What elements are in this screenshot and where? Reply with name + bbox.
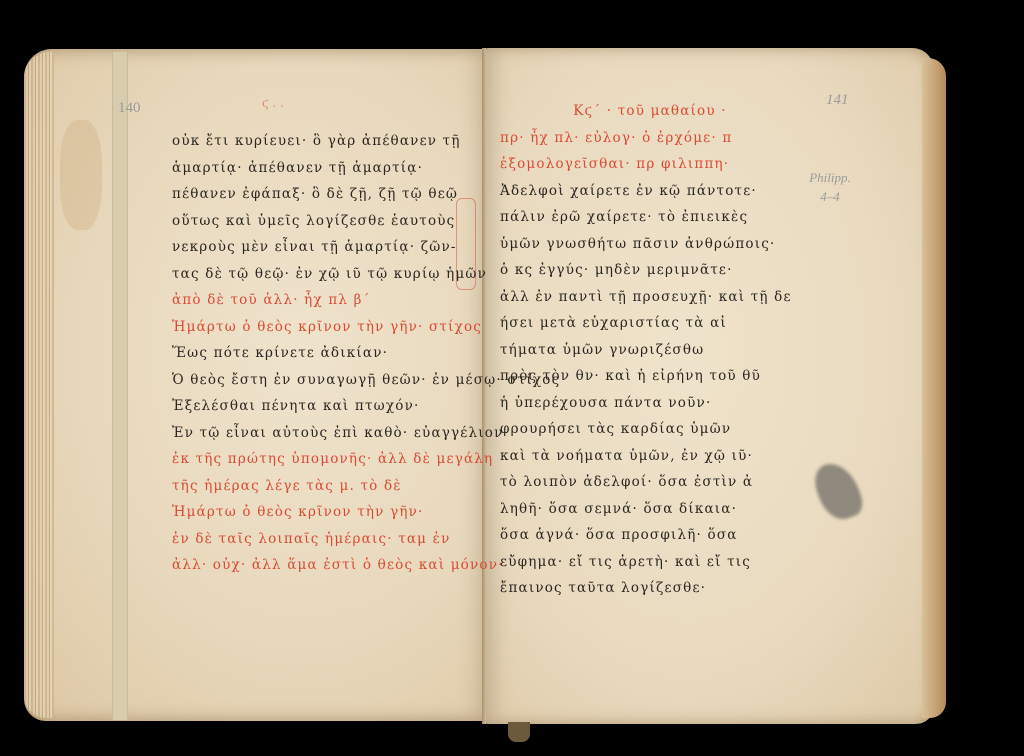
folio-number-right: 141 xyxy=(826,92,849,109)
ref-chapter: 4–4 xyxy=(800,187,860,206)
text-line: ὅσα ἁγνά· ὅσα προσφιλῆ· ὅσα xyxy=(500,522,800,549)
open-manuscript: 140 141 Philipp. 4–4 ϛ . . οὐκ ἔτι κυρίε… xyxy=(0,0,1024,756)
binding-strip xyxy=(112,52,128,720)
pencil-reference-note: Philipp. 4–4 xyxy=(800,168,860,206)
text-line: ληθῆ· ὅσα σεμνά· ὅσα δίκαια· xyxy=(500,496,800,523)
text-line: εὔφημα· εἴ τις ἀρετὴ· καὶ εἴ τις xyxy=(500,549,800,576)
text-line: φρουρήσει τὰς καρδίας ὑμῶν xyxy=(500,416,800,443)
right-page-edges xyxy=(922,58,946,718)
text-line: τὸ λοιπὸν ἀδελφοί· ὅσα ἐστὶν ἀ xyxy=(500,469,800,496)
rubric-line: πρ· ἦχ πλ· εὐλογ· ὁ ἐρχόμε· π xyxy=(500,125,800,152)
text-line: καὶ τὰ νοήματα ὑμῶν, ἐν χῷ ιῦ· xyxy=(500,443,800,470)
text-line: ἡ ὑπερέχουσα πάντα νοῦν· xyxy=(500,390,800,417)
right-page-text: Κϛ΄ · τοῦ μαθαίου · πρ· ἦχ πλ· εὐλογ· ὁ … xyxy=(500,98,800,602)
text-line: ἔπαινος ταῦτα λογίζεσθε· xyxy=(500,575,800,602)
text-line: ήσει μετὰ εὐχαριστίας τὰ αἰ xyxy=(500,310,800,337)
lection-title: Κϛ΄ · τοῦ μαθαίου · xyxy=(500,98,800,125)
text-line: πρὸς τὸν θν· καὶ ἡ εἰρήνη τοῦ θῦ xyxy=(500,363,800,390)
ref-book: Philipp. xyxy=(800,168,860,187)
bookmark-ribbon xyxy=(508,722,530,742)
left-page-edges xyxy=(24,52,54,718)
text-line: πάλιν ἐρῶ χαίρετε· τὸ ἐπιεικὲς xyxy=(500,204,800,231)
folio-number-left: 140 xyxy=(118,100,141,117)
text-line: Ἀδελφοὶ χαίρετε ἐν κῷ πάντοτε· xyxy=(500,178,800,205)
text-line: τήματα ὑμῶν γνωριζέσθω xyxy=(500,337,800,364)
rubric-line: ἐξομολογεῖσθαι· πρ φιλιππη· xyxy=(500,151,800,178)
water-stain xyxy=(60,120,102,230)
text-line: ὑμῶν γνωσθήτω πᾶσιν ἀνθρώποις· xyxy=(500,231,800,258)
text-line: ὁ κς ἐγγύς· μηδὲν μεριμνᾶτε· xyxy=(500,257,800,284)
left-page-header: ϛ . . xyxy=(262,96,284,110)
text-line: ἀλλ ἐν παντὶ τῇ προσευχῇ· καὶ τῇ δε xyxy=(500,284,800,311)
